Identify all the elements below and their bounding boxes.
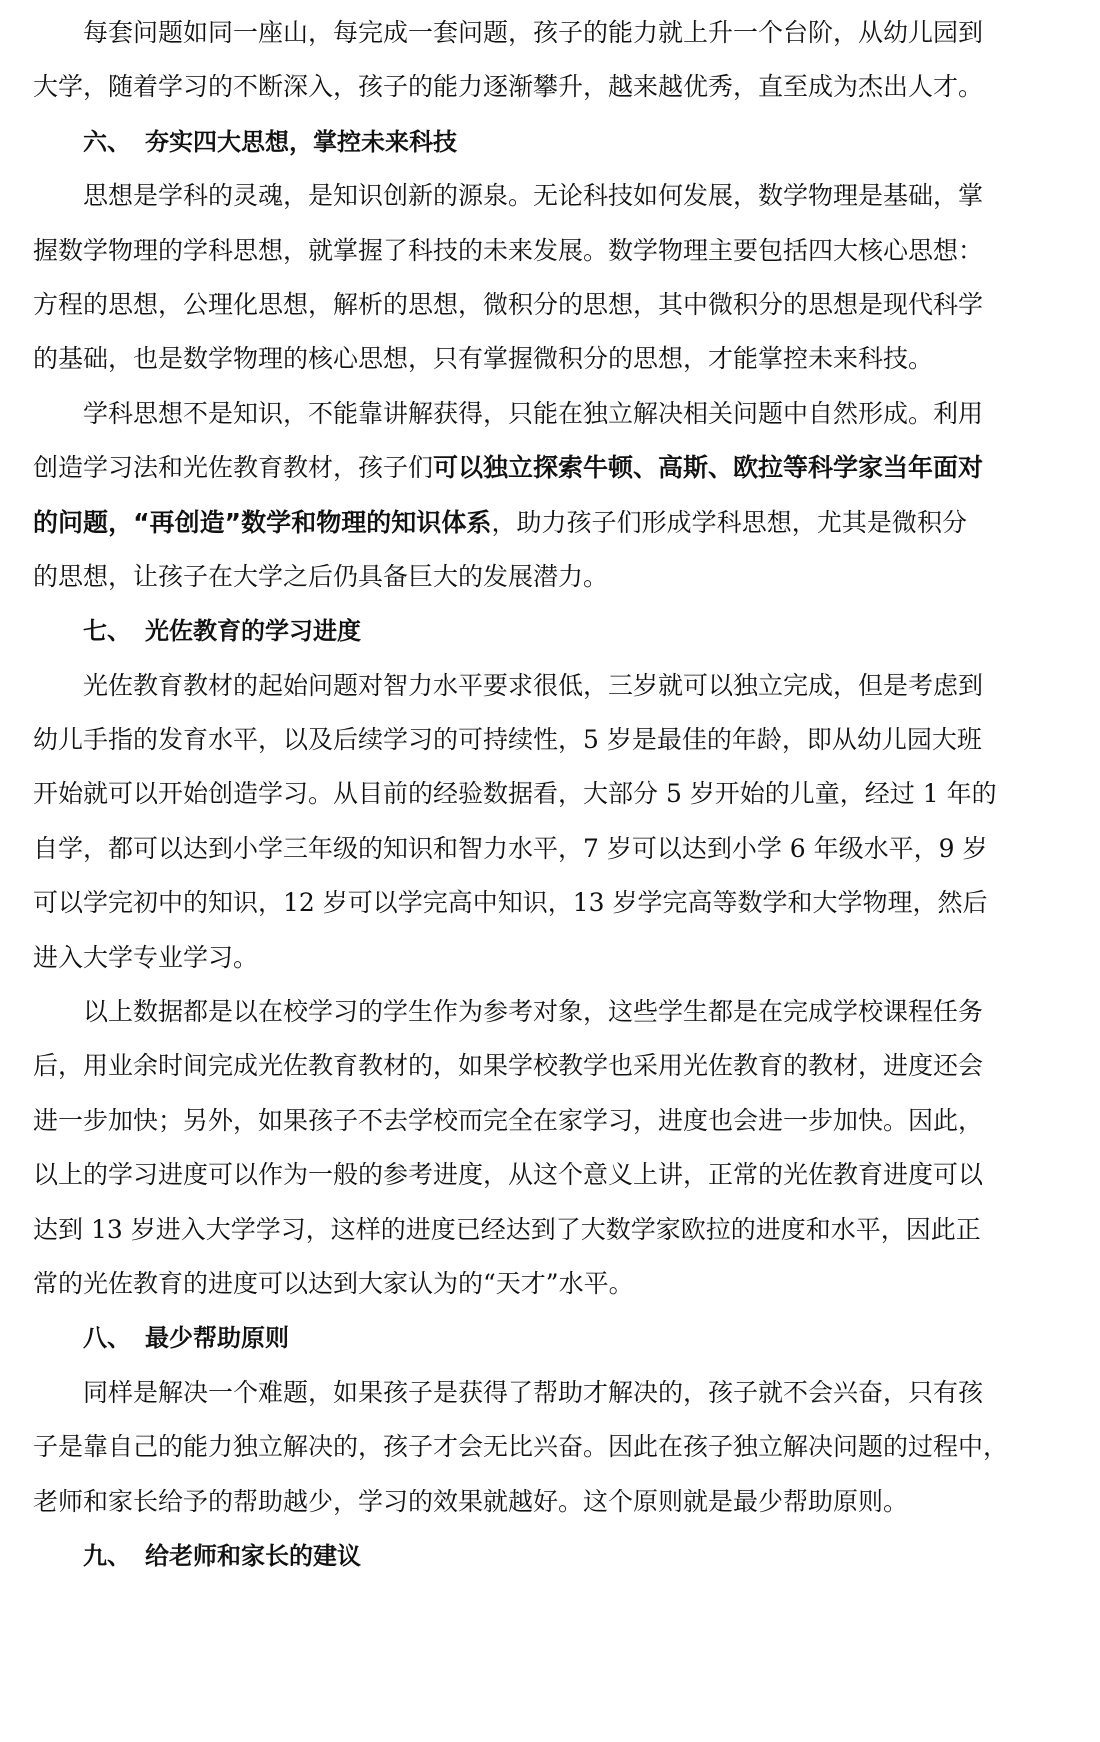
text-line: 创造学习法和光佐教育教材，孩子们可以独立探索牛顿、高斯、欧拉等科学家当年面对 <box>33 449 967 503</box>
text-line: 思想是学科的灵魂，是知识创新的源泉。无论科技如何发展，数学物理是基础，掌 <box>33 177 967 231</box>
paragraph: 思想是学科的灵魂，是知识创新的源泉。无论科技如何发展，数学物理是基础，掌 握数学… <box>33 177 967 395</box>
document-page: 每套问题如同一座山，每完成一套问题，孩子的能力就上升一个台阶，从幼儿园到 大学，… <box>33 14 967 1591</box>
text-line: 达到 13 岁进入大学学习，这样的进度已经达到了大数学家欧拉的进度和水平，因此正 <box>33 1211 967 1265</box>
text-line: 的基础，也是数学物理的核心思想，只有掌握微积分的思想，才能掌控未来科技。 <box>33 340 967 394</box>
section-title: 给老师和家长的建议 <box>145 1542 361 1570</box>
text-line: 开始就可以开始创造学习。从目前的经验数据看，大部分 5 岁开始的儿童，经过 1 … <box>33 775 967 829</box>
text-line: 握数学物理的学科思想，就掌握了科技的未来发展。数学物理主要包括四大核心思想： <box>33 232 967 286</box>
section-title: 夯实四大思想，掌控未来科技 <box>145 128 457 156</box>
text-line: 老师和家长给予的帮助越少，学习的效果就越好。这个原则就是最少帮助原则。 <box>33 1483 967 1537</box>
text-line: 自学，都可以达到小学三年级的知识和智力水平，7 岁可以达到小学 6 年级水平，9… <box>33 830 967 884</box>
section-number: 九、 <box>83 1542 131 1570</box>
text-line: 的思想，让孩子在大学之后仍具备巨大的发展潜力。 <box>33 558 967 612</box>
paragraph: 以上数据都是以在校学习的学生作为参考对象，这些学生都是在完成学校课程任务 后，用… <box>33 993 967 1319</box>
text-line: 的问题，“再创造”数学和物理的知识体系，助力孩子们形成学科思想，尤其是微积分 <box>33 504 967 558</box>
text-line: 后，用业余时间完成光佐教育教材的，如果学校教学也采用光佐教育的教材，进度还会 <box>33 1047 967 1101</box>
paragraph: 学科思想不是知识，不能靠讲解获得，只能在独立解决相关问题中自然形成。利用 创造学… <box>33 395 967 613</box>
text-line: 每套问题如同一座山，每完成一套问题，孩子的能力就上升一个台阶，从幼儿园到 <box>33 14 967 68</box>
text-line: 常的光佐教育的进度可以达到大家认为的“天才”水平。 <box>33 1265 967 1319</box>
text-line: 子是靠自己的能力独立解决的，孩子才会无比兴奋。因此在孩子独立解决问题的过程中， <box>33 1428 967 1482</box>
text-span: 创造学习法和光佐教育教材，孩子们 <box>33 453 433 482</box>
text-line: 以上数据都是以在校学习的学生作为参考对象，这些学生都是在完成学校课程任务 <box>33 993 967 1047</box>
section-number: 七、 <box>83 617 131 645</box>
text-line: 进入大学专业学习。 <box>33 939 967 993</box>
text-line: 学科思想不是知识，不能靠讲解获得，只能在独立解决相关问题中自然形成。利用 <box>33 395 967 449</box>
section-heading-9: 九、给老师和家长的建议 <box>33 1537 967 1591</box>
section-heading-6: 六、夯实四大思想，掌控未来科技 <box>33 123 967 177</box>
section-heading-8: 八、最少帮助原则 <box>33 1319 967 1373</box>
bold-text-span: 可以独立探索牛顿、高斯、欧拉等科学家当年面对 <box>433 453 983 482</box>
section-number: 八、 <box>83 1324 131 1352</box>
section-heading-7: 七、光佐教育的学习进度 <box>33 612 967 666</box>
paragraph: 光佐教育教材的起始问题对智力水平要求很低，三岁就可以独立完成，但是考虑到 幼儿手… <box>33 667 967 993</box>
text-line: 大学，随着学习的不断深入，孩子的能力逐渐攀升，越来越优秀，直至成为杰出人才。 <box>33 68 967 122</box>
bold-text-span: 的问题，“再创造”数学和物理的知识体系 <box>33 508 491 537</box>
section-title: 最少帮助原则 <box>145 1324 289 1352</box>
text-line: 以上的学习进度可以作为一般的参考进度，从这个意义上讲，正常的光佐教育进度可以 <box>33 1156 967 1210</box>
paragraph: 每套问题如同一座山，每完成一套问题，孩子的能力就上升一个台阶，从幼儿园到 大学，… <box>33 14 967 123</box>
section-number: 六、 <box>83 128 131 156</box>
text-span: ，助力孩子们形成学科思想，尤其是微积分 <box>491 508 967 537</box>
section-title: 光佐教育的学习进度 <box>145 617 361 645</box>
paragraph: 同样是解决一个难题，如果孩子是获得了帮助才解决的，孩子就不会兴奋，只有孩 子是靠… <box>33 1374 967 1537</box>
text-line: 光佐教育教材的起始问题对智力水平要求很低，三岁就可以独立完成，但是考虑到 <box>33 667 967 721</box>
text-line: 进一步加快；另外，如果孩子不去学校而完全在家学习，进度也会进一步加快。因此， <box>33 1102 967 1156</box>
text-line: 同样是解决一个难题，如果孩子是获得了帮助才解决的，孩子就不会兴奋，只有孩 <box>33 1374 967 1428</box>
text-line: 方程的思想，公理化思想，解析的思想，微积分的思想，其中微积分的思想是现代科学 <box>33 286 967 340</box>
text-line: 可以学完初中的知识，12 岁可以学完高中知识，13 岁学完高等数学和大学物理，然… <box>33 884 967 938</box>
text-line: 幼儿手指的发育水平，以及后续学习的可持续性，5 岁是最佳的年龄，即从幼儿园大班 <box>33 721 967 775</box>
